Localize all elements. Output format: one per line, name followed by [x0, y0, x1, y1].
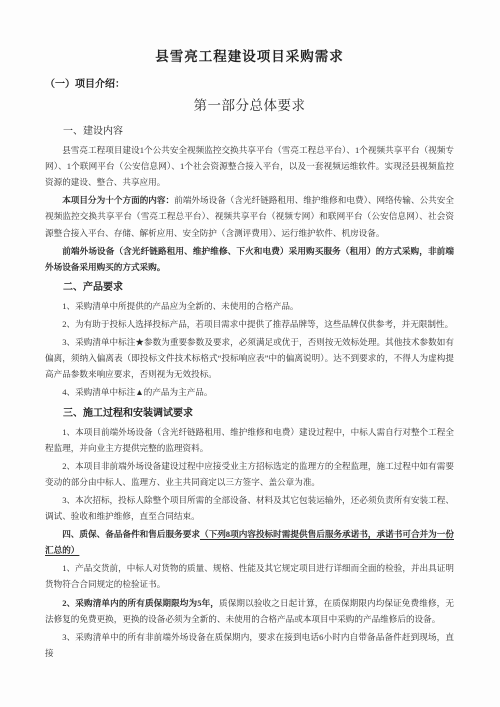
section-2-paragraph-1: 1、采购清单中所提供的产品应为全新的、未使用的合格产品。 — [45, 298, 454, 314]
section-4-heading: 四、质保、备品备件和售后服务要求（下列8项内容投标时需提供售后服务承诺书，承诺书… — [45, 526, 454, 558]
section-3-paragraph-3: 3、本次招标，投标人除整个项目所需的全部设备、材料及其它包装运输外，还必须负责所… — [45, 492, 454, 524]
section-4-paragraph-1: 1、产品交货前，中标人对货物的质量、规格、性能及其它规定项目进行详细而全面的检验… — [45, 560, 454, 592]
section-3-paragraph-2: 2、本项目非前端外场设备建设过程中应接受业主方招标选定的监理方的全程监理，施工过… — [45, 458, 454, 490]
document-page: 县雪亮工程建设项目采购需求 （一）项目介绍： 第一部分总体要求 一、建设内容 县… — [0, 0, 500, 707]
section-4-paragraph-2: 2、采购清单内的所有质保期限均为5年，质保期以验收之日起计算，在质保期限内均保证… — [45, 595, 454, 627]
paragraph-2-lead: 2、采购清单内的所有质保期限均为5年， — [62, 598, 219, 608]
section-2-paragraph-3: 3、采购清单中标注★参数为重要参数及要求，必须满足或优于，否则按无效标处理。其他… — [45, 334, 454, 382]
section-3-paragraph-1: 1、本项目前端外场设备（含光纤链路租用、维护维修和电费）建设过程中，中标人需自行… — [45, 424, 454, 456]
section-2-paragraph-4: 4、采购清单中标注▲的产品为主产品。 — [45, 384, 454, 400]
doc-title: 县雪亮工程建设项目采购需求 — [45, 45, 454, 65]
section-4-heading-main: 四、质保、备品备件和售后服务要求 — [62, 529, 200, 539]
paragraph-2-lead: 本项目分为十个方面的内容： — [62, 195, 174, 205]
section-1-paragraph-1: 县雪亮工程项目建设1个公共安全视频监控交换共享平台（雪亮工程总平台）、1个视频共… — [45, 142, 454, 190]
section-1-paragraph-3: 前端外场设备（含光纤链路租用、维护维修、下火和电费）采用购买服务（租用）的方式采… — [45, 243, 454, 275]
section-3-heading: 三、施工过程和安装调试要求 — [45, 406, 454, 422]
section-1-heading: 一、建设内容 — [45, 124, 454, 140]
section-2-heading: 二、产品要求 — [45, 280, 454, 296]
part-title: 第一部分总体要求 — [45, 94, 454, 114]
section-2-paragraph-2: 2、为有助于投标人选择投标产品，若项目需求中提供了推荐品牌等，这些品牌仅供参考，… — [45, 316, 454, 332]
section-4-paragraph-3: 3、采购清单中的所有非前端外场设备在质保期内，要求在接到电话6小时内自带备品备件… — [45, 629, 454, 661]
intro-label: （一）项目介绍： — [45, 75, 454, 90]
section-1-paragraph-2: 本项目分为十个方面的内容：前端外场设备（含光纤链路租用、维护维修和电费）、网络传… — [45, 192, 454, 240]
